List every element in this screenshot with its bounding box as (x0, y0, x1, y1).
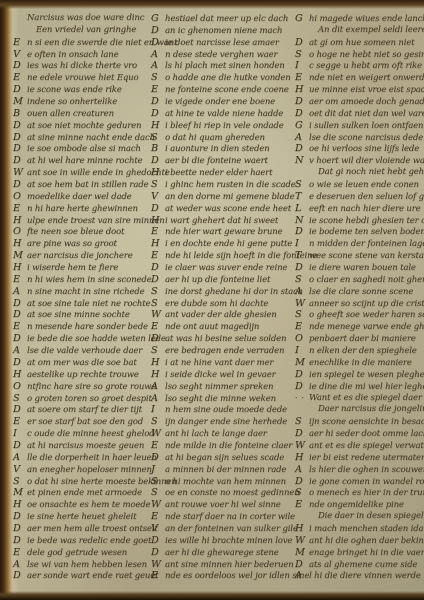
line-text: eeft en nach hier diere ure (309, 204, 421, 216)
manuscript-line: Sine dorst ghedane hi dor in stach (151, 286, 297, 298)
line-text: i at ne hine vant daer mer (165, 358, 273, 370)
manuscript-line: In elken der den spieghele (295, 345, 424, 357)
manuscript-line: Dat gi om hue someen niet (295, 37, 424, 49)
manuscript-line: Hi at ne hine vant daer mer (151, 357, 297, 369)
line-text: ijn danger ende sine herhede (165, 417, 287, 429)
line-initial: D (13, 404, 27, 416)
line-text: fte neen soe bleue doot (27, 227, 124, 239)
manuscript-line: Want sine minnen hier bederuen (151, 559, 297, 571)
line-text: a minnen bi der minnen rade (165, 465, 286, 477)
line-initial: B (13, 108, 27, 120)
manuscript-line: Dat om mer was die soe bat (13, 357, 155, 369)
manuscript-line: Daer hi up die fonteine liet (151, 274, 297, 286)
line-initial: S (151, 179, 165, 191)
manuscript-line: Die vigede onder ene boene (151, 96, 297, 108)
line-initial: G (151, 13, 165, 25)
manuscript-line: Die bede was redelic ende goet (13, 535, 155, 547)
manuscript-line: Dats al ghemene cume side (295, 559, 424, 571)
manuscript-line: Die diere waren bouen tale (295, 262, 424, 274)
text-column-2: Ghestiael dat meer up elc dachDan ic ghe… (151, 13, 297, 593)
line-initial: S (151, 132, 165, 144)
line-initial: D (151, 274, 165, 286)
line-text: ie soe ombode alse si mach (27, 144, 141, 156)
line-initial: D (151, 96, 165, 108)
manuscript-line: Gi sullen sulken loen ontfaen (295, 120, 424, 132)
line-text: Die daer in desen spiegel siet (309, 511, 424, 523)
line-text: lse die valde verhoude daer (27, 346, 142, 358)
line-initial: I (151, 404, 165, 416)
line-text: n elken der den spieghele (309, 346, 417, 358)
line-text: o hadde ane die hutke vonden (165, 73, 291, 85)
text-column-3: Ghi magede wiues ende lancheAn dit exemp… (295, 13, 424, 593)
line-initial: D (295, 143, 309, 155)
manuscript-line: Ende ongemidelike pine (295, 499, 424, 511)
manuscript-line: An dese stede verghen waer (151, 49, 297, 61)
line-text: dele god getrude wesen (27, 548, 127, 560)
line-text: o claer en saghedi noit ghene (309, 275, 424, 287)
line-text: Dat gi noch niet hebt gehoort (309, 167, 424, 179)
line-text: ere bedragen ende verraden (165, 346, 284, 358)
line-text: ie scone was ende rike (27, 85, 122, 97)
manuscript-line: Menage bringet hi in die vaer (295, 547, 424, 559)
line-initial: D (13, 60, 27, 72)
line-text: ijn scone aensichte in besach (309, 417, 424, 429)
line-text: ls hier die oghen in scouwen (309, 465, 424, 477)
line-initial: W (295, 298, 309, 310)
manuscript-line: Dat soe niet mochte geduren (13, 120, 155, 132)
line-text: an den dorne mi gemene blade (165, 192, 294, 204)
manuscript-line: Die gone comen in wandel rouwen (295, 476, 424, 488)
line-text: oe hi verloos sine lijfs lede (309, 144, 419, 156)
line-text: i wart ghehert dat hi sweet (165, 216, 278, 228)
manuscript-line: Als hi plach met sinen honden (151, 60, 297, 72)
line-text: aer hi up die fonteine liet (165, 275, 270, 287)
line-initial: I (13, 428, 27, 440)
line-initial: D (295, 559, 309, 571)
line-text: ie diere waren bouen tale (309, 263, 416, 275)
manuscript-line: So hadde ane die hutke vonden (151, 72, 297, 84)
manuscript-line: Ene fonteine scone ende coene (151, 84, 297, 96)
manuscript-line: Edele god getrude wesen (13, 547, 155, 559)
manuscript-line: Ende hier wart geware brune (151, 226, 297, 238)
line-text: ies was hi dicke therte vro (27, 61, 137, 73)
line-initial: D (151, 203, 165, 215)
manuscript-line: Die sine herte heuet gheleit (13, 511, 155, 523)
book-edge-top (0, 0, 424, 9)
manuscript-line: Want rouwe voer hi wel sinne (151, 499, 297, 511)
line-initial: A (151, 381, 165, 393)
line-text: nde hier wart geware brune (165, 227, 282, 239)
line-text: enage bringet hi in die vaer (309, 548, 424, 560)
line-initial: V (13, 49, 27, 61)
line-initial: S (295, 487, 309, 499)
line-text: oet dit dat niet dan wel varen (309, 109, 424, 121)
manuscript-line: So dat hi sine herte moeste bekinnen (13, 476, 155, 488)
line-text: at soere om starf te dier tijt (27, 405, 142, 417)
line-initial: D (151, 108, 165, 120)
line-text: i ghinc hem rusten in die scade (165, 180, 296, 192)
manuscript-line: Omoedelike daer wel dade (13, 191, 155, 203)
line-text: oe onsachte es hem te moede (27, 500, 150, 512)
line-initial: H (151, 215, 165, 227)
manuscript-line: Hulpe ende troest van sire minnen (13, 215, 155, 227)
manuscript-line: Die dine die mi wel hier leghen (295, 381, 424, 393)
line-initial: E (151, 250, 165, 262)
line-initial: S (295, 309, 309, 321)
line-initial: E (13, 37, 27, 49)
manuscript-line: Dies was hi dicke therte vro (13, 60, 155, 72)
line-initial: S (151, 298, 165, 310)
line-text: ue minne eist vroe eist spade (309, 85, 424, 97)
manuscript-line: Dat soe hem bat in stillen rade (13, 179, 155, 191)
line-initial: D (295, 108, 309, 120)
line-text: at om mer was die soe bat (27, 358, 137, 370)
line-initial: H (13, 499, 27, 511)
line-initial: G (295, 13, 309, 25)
line-initial: D (295, 37, 309, 49)
line-text: ulpe ende troest van sire minnen (27, 216, 165, 228)
line-initial: S (13, 476, 27, 488)
line-text: ats al ghemene cume side (309, 560, 417, 572)
line-text: e deseruen den seluen lof geuen (309, 192, 424, 204)
line-initial: E (13, 203, 27, 215)
line-initial: H (151, 120, 165, 132)
line-text: are pine was so groot (27, 239, 117, 251)
manuscript-line: Ic segge u hebt arm oft rike (295, 60, 424, 72)
manuscript-line: Ja minnen bi der minnen rade (151, 464, 297, 476)
line-text: i auonture in dien steden (165, 144, 270, 156)
line-initial: E (13, 274, 27, 286)
line-initial: M (295, 547, 309, 559)
line-initial: D (13, 132, 27, 144)
manuscript-line: Maer narcisus die jonchere (13, 250, 155, 262)
line-initial: H (13, 262, 27, 274)
line-initial: J (151, 464, 165, 476)
line-text: n mesende hare sonder bede (27, 322, 148, 334)
line-initial: W (295, 535, 309, 547)
line-text: An dit exempel seldi leeren (309, 25, 424, 37)
line-text: penbaert daer bi maniere (309, 334, 416, 346)
line-text: at soe sine minne sochte (27, 310, 130, 322)
line-initial: H (151, 357, 165, 369)
line-text: lso seght nimmer spreken (165, 382, 273, 394)
line-text: ne fonteine scone ende coene (165, 85, 289, 97)
line-text: i en dochte ende hi gene putte (165, 239, 292, 251)
line-text: ant hi die oghen daer bekint (309, 536, 424, 548)
line-initial: D (151, 535, 165, 547)
line-text: at hine te valde niene hadde (165, 109, 283, 121)
manuscript-line: Die bodeme ten selven boden lagen (295, 226, 424, 238)
line-text: lse wi van hem hebben lesen (27, 560, 147, 572)
line-text: i wiserde hem te fiere (27, 263, 118, 275)
line-initial: D (151, 262, 165, 274)
line-initial: E (151, 84, 165, 96)
line-text: aer narcisus die jonchere (27, 251, 133, 263)
line-initial: M (13, 96, 27, 108)
manuscript-line: Ende milde in die fonteine claer (151, 440, 297, 452)
line-initial: N (295, 155, 309, 167)
line-initial: M (13, 250, 27, 262)
manuscript-line: Dat weder was scone ende heet (151, 203, 297, 215)
line-text: et pinen ende met armoede (27, 488, 142, 500)
line-text: ere dubde som hi dachte (165, 299, 268, 311)
line-text: ne edele vrouwe hiet Equo (27, 73, 138, 85)
line-text: ant vader der alde ghesien (165, 310, 277, 322)
book-edge-bottom (0, 591, 424, 600)
line-initial: E (151, 511, 165, 523)
line-initial: D (295, 226, 309, 238)
manuscript-line: Si ghinc hem rusten in die scade (151, 179, 297, 191)
line-initial: D (13, 570, 27, 582)
manuscript-line: Ofte neen soe bleue doot (13, 226, 155, 238)
line-text: ie gone comen in wandel rouwen (309, 477, 424, 489)
line-initial: H (151, 238, 165, 250)
line-text: Daer narcisus die jongelinc (309, 404, 424, 416)
line-text: ie doet narcisse lese amaer (165, 38, 279, 50)
line-text: nde ont auut magedijn (165, 322, 259, 334)
manuscript-line: · ·Want et es die spiegel daer voren (295, 393, 424, 405)
manuscript-line: Daer hi die ghewarege stene (151, 547, 297, 559)
manuscript-line: Menechlike in die maniere (295, 357, 424, 369)
manuscript-line: Want vader der alde ghesien (151, 309, 297, 321)
manuscript-line: Doe hi verloos sine lijfs lede (295, 143, 424, 155)
manuscript-line: Al hi die diere vinnen werde (295, 570, 424, 582)
line-initial: D (151, 25, 165, 37)
manuscript-line: So groten toren so groet despit (13, 393, 155, 405)
line-initial: A (295, 132, 309, 144)
line-initial: A (13, 286, 27, 298)
manuscript-line: Hue minne eist vroe eist spade (295, 84, 424, 96)
manuscript-line: Ve often in onsach lane (13, 49, 155, 61)
manuscript-line: Bi auonture in dien steden (151, 143, 297, 155)
line-text: at weder was scone ende heet (165, 204, 291, 216)
line-initial: S (151, 487, 165, 499)
line-text: nde milde in die fonteine claer (165, 441, 292, 453)
manuscript-line: Hoe onsachte es hem te moede (13, 499, 155, 511)
line-text: at soe hem bat in stillen rade (27, 180, 148, 192)
line-initial: H (151, 369, 165, 381)
line-text: ie claer was suver ende reine (165, 263, 287, 275)
line-initial: H (13, 238, 27, 250)
line-initial: D (13, 309, 27, 321)
manuscript-line: Hier bi eist redene utermaten (295, 452, 424, 464)
line-text: o hi mochte van hem minnen (165, 477, 286, 489)
line-initial: D (151, 333, 165, 345)
line-text: ie bede die soe hadde weten lede (27, 334, 166, 346)
line-text: ant soe in wille ende in ghedochte (27, 168, 170, 180)
line-text: oe en conste no moest gedinnen (165, 488, 299, 500)
book-edge-left (0, 0, 13, 600)
line-initial: D (13, 440, 27, 452)
manuscript-line: Soe en conste no moest gedinnen (151, 487, 297, 499)
manuscript-line: Also seght nimmer spreken (151, 381, 297, 393)
manuscript-line: Hi en dochte ende hi gene putte (151, 238, 297, 250)
manuscript-line: Dat soe sine tale niet ne rochte (13, 298, 155, 310)
line-text: nde starf daer na in corter wile (165, 512, 295, 524)
line-initial: O (295, 333, 309, 345)
manuscript-line: Ic oude die minne heest ghelod (13, 428, 155, 440)
line-initial: D (13, 120, 27, 132)
line-text: n hi hare herte ghewinnen (27, 204, 138, 216)
line-text: ien spiegel te wesen pleghen (309, 370, 424, 382)
manuscript-line: Ende menege varwe ende ghedane (295, 321, 424, 333)
line-initial: A (151, 49, 165, 61)
manuscript-line: Also seght die minne weken (151, 393, 297, 405)
manuscript-line: Ene edele vrouwe hiet Equo (13, 72, 155, 84)
manuscript-line: Twee scone stene van kerstale (295, 250, 424, 262)
line-text: ie sine herte heuet gheleit (27, 512, 136, 524)
line-text: Een vriedel van gringhe (27, 25, 136, 37)
manuscript-line: Alle die dorperheit in haer leuen (13, 452, 155, 464)
line-text: ant sine minnen hier bederuen (165, 560, 294, 572)
manuscript-line: So gheeft soe weder haren schal (295, 309, 424, 321)
manuscript-line: Hi beette neder elder haert (151, 167, 297, 179)
line-initial: H (295, 84, 309, 96)
line-text: i seide dicke wel in gevaer (165, 370, 276, 382)
line-text: aer hi die ghewarege stene (165, 548, 279, 560)
line-text: hestiael dat meer up elc dach (165, 14, 288, 26)
manuscript-line: So hoge ne hebt niet so gesint (295, 49, 424, 61)
line-initial: D (13, 511, 27, 523)
line-text: ie bede was redelic ende goet (27, 536, 151, 548)
line-text: ie vigede onder ene boene (165, 97, 275, 109)
line-text: n hem sine oude moede dede (165, 405, 287, 417)
manuscript-line: Hi wiserde hem te fiere (13, 262, 155, 274)
line-initial: D (151, 452, 165, 464)
manuscript-line: An sine macht in sine richede (13, 286, 155, 298)
manuscript-line: Ghi magede wiues ende lanche (295, 13, 424, 25)
line-text: aer hi seder doot omme lach (309, 429, 424, 441)
manuscript-line: Alse die scone narcisus dede (295, 132, 424, 144)
manuscript-line: Dat gi noch niet hebt gehoort (295, 167, 424, 179)
line-initial: W (151, 428, 165, 440)
line-initial: N (295, 215, 309, 227)
line-text: n midden der fonteinen lagen (309, 239, 424, 251)
manuscript-line: Daer sonde wart ende raet geuet (13, 570, 155, 582)
line-text: lso seght die minne weken (165, 394, 276, 406)
line-initial: G (295, 120, 309, 132)
line-initial: S (151, 345, 165, 357)
line-initial: S (151, 286, 165, 298)
manuscript-line: Ende hi leide sijn hoeft in die fonteine (151, 250, 297, 262)
manuscript-line: An dit exempel seldi leeren (295, 25, 424, 37)
manuscript-line: Dat hine te valde niene hadde (151, 108, 297, 120)
line-text: er soe starf bat soe den god (27, 417, 143, 429)
line-text: i sullen sulken loen ontfaen (309, 121, 423, 133)
line-text: at hi narcisus moeste geuen (27, 441, 144, 453)
manuscript-line: Te deseruen den seluen lof geuen (295, 191, 424, 203)
line-initial: D (13, 84, 27, 96)
manuscript-line: Dien spiegel te wesen pleghen (295, 369, 424, 381)
manuscript-line: Ende niet en weigert onwerdelike (295, 72, 424, 84)
manuscript-line: So claer en saghedi noit ghene (295, 274, 424, 286)
manuscript-line: Openbaert daer bi maniere (295, 333, 424, 345)
manuscript-line: So menech es hier in der trune (295, 487, 424, 499)
manuscript-line: Sijn danger ende sine herhede (151, 416, 297, 428)
line-initial: D (13, 298, 27, 310)
manuscript-line: Die daer in desen spiegel siet (295, 511, 424, 523)
line-text: lle die dorperheit in haer leuen (27, 453, 157, 465)
line-text: at sine minne nacht ende dach (27, 133, 155, 145)
line-initial: W (151, 309, 165, 321)
line-initial: S (151, 72, 165, 84)
line-initial: V (151, 523, 165, 535)
manuscript-line: Ghestiael dat meer up elc dach (151, 13, 297, 25)
line-initial: A (13, 559, 27, 571)
line-initial: W (13, 167, 27, 179)
line-text: at soe niet mochte geduren (27, 121, 141, 133)
line-initial: D (13, 333, 27, 345)
line-initial: E (13, 416, 27, 428)
line-initial: D (13, 179, 27, 191)
line-initial: E (13, 321, 27, 333)
line-text: Narcisus was doe ware dinc (27, 13, 144, 25)
line-text: ntfinc hare sire so grote rouwe (27, 382, 156, 394)
line-initial: E (151, 226, 165, 238)
line-text: ies wille hi brachte minen love (165, 536, 292, 548)
line-text: ie bodeme ten selven boden lagen (309, 227, 424, 239)
manuscript-line: Dat hi narcisus moeste geuen (13, 440, 155, 452)
line-text: c segge u hebt arm oft rike (309, 61, 422, 73)
line-initial: D (13, 155, 27, 167)
line-initial: D (13, 357, 27, 369)
line-initial: E (13, 72, 27, 84)
line-initial: O (13, 191, 27, 203)
manuscript-line: Van enegher hopeloser minnen (13, 464, 155, 476)
manuscript-line: En hi wies hem in sine sconede (13, 274, 155, 286)
line-text: n sine macht in sine richede (27, 287, 144, 299)
manuscript-line: Die soe ombode alse si mach (13, 143, 155, 155)
line-initial: D (295, 96, 309, 108)
line-text: aestelike up rechte trouwe (27, 370, 139, 382)
line-initial: H (295, 523, 309, 535)
manuscript-line: Leeft en nach hier diere ure (295, 203, 424, 215)
line-text: n hi wies hem in sine sconede (27, 275, 151, 287)
line-text: l hi die diere vinnen werde (309, 571, 421, 583)
line-initial: D (151, 37, 165, 49)
line-initial: H (13, 215, 27, 227)
line-initial: W (151, 559, 165, 571)
manuscript-line: Ende starf daer na in corter wile (151, 511, 297, 523)
line-text: nde niet en weigert onwerdelike (309, 73, 424, 85)
manuscript-line: Mindene so onhertelike (13, 96, 155, 108)
manuscript-line: Dat was hi besine selue solden (151, 333, 297, 345)
line-text: indene so onhertelike (27, 97, 117, 109)
line-initial: E (151, 321, 165, 333)
manuscript-line: En si een die swerde die niet en want (13, 37, 155, 49)
line-initial: H (151, 167, 165, 179)
manuscript-line: En hi hare herte ghewinnen (13, 203, 155, 215)
line-initial: E (151, 440, 165, 452)
line-text: an ic ghenomen niene mach (165, 26, 282, 38)
line-initial: S (151, 476, 165, 488)
line-initial: L (295, 203, 309, 215)
manuscript-line: Die doet narcisse lese amaer (151, 37, 297, 49)
manuscript-line: Daer om amoede doch genade (295, 96, 424, 108)
paraph-mark: · · (295, 393, 309, 405)
line-text: o dat hi quam ghereden (165, 133, 265, 145)
line-text: at hi began sijn selues scade (165, 453, 284, 465)
manuscript-line: Dat soere om starf te dier tijt (13, 404, 155, 416)
line-text: o menech es hier in der trune (309, 488, 424, 500)
line-text: c oude die minne heest ghelod (27, 429, 154, 441)
manuscript-line: So wie se leuen ende conen (295, 179, 424, 191)
manuscript-line: Narcisus was doe ware dinc (13, 13, 155, 25)
manuscript-line: So dat hi quam ghereden (151, 132, 297, 144)
line-initial: S (295, 416, 309, 428)
manuscript-line: So hi mochte van hem minnen (151, 476, 297, 488)
line-initial: A (295, 464, 309, 476)
